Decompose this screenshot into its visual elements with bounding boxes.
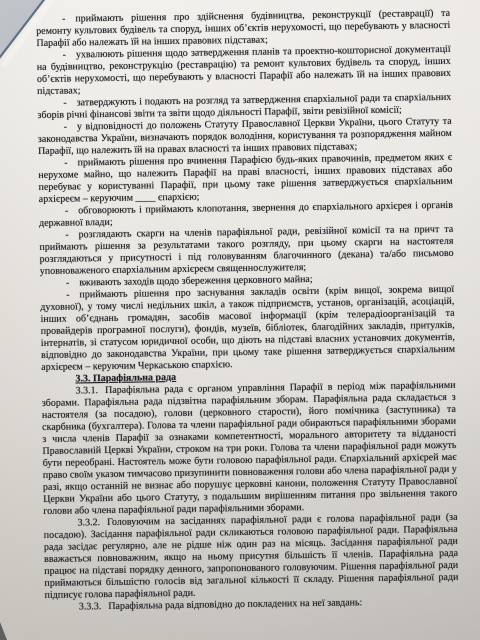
clause-text: Парафіяльна рада є органом управління Па… — [42, 380, 458, 517]
clause-text: Парафіяльна рада відповідно до покладени… — [108, 597, 362, 612]
list-item: -приймають рішення про вчинення Парафією… — [38, 152, 453, 206]
list-dash: - — [63, 50, 67, 61]
list-item: -приймають рішення про заснування заклад… — [40, 284, 455, 374]
photo-corner-shadow — [0, 622, 7, 640]
clause-3-3-2: 3.3.2.Головуючим на засіданнях парафіяль… — [43, 512, 458, 602]
list-dash: - — [64, 158, 68, 169]
list-item-text: приймають рішення про заснування закладі… — [40, 284, 455, 373]
list-dash: - — [66, 278, 70, 289]
list-item-text: ухвалюють рішення щодо затвердження план… — [37, 44, 451, 97]
list-dash: - — [64, 122, 68, 133]
list-dash: - — [62, 14, 66, 25]
list-dash: - — [65, 206, 69, 217]
clause-3-3-1: 3.3.1.Парафіяльна рада є органом управлі… — [42, 380, 458, 518]
clause-number: 3.3.1. — [76, 385, 99, 396]
document-text: -приймають рішення про здійснення будівн… — [36, 8, 459, 614]
list-item-text: приймають рішення про здійснення будівни… — [36, 8, 450, 49]
section-heading-text: 3.3. Парафіяльна рада — [75, 372, 176, 384]
clause-number: 3.3.3. — [79, 601, 102, 612]
photo-background: -приймають рішення про здійснення будівн… — [0, 0, 480, 640]
list-item-text: розглядають скарги на членів парафіяльно… — [39, 224, 453, 277]
clause-number: 3.3.2. — [77, 517, 100, 528]
list-item: -у відповідності до положень Статуту Пра… — [38, 116, 452, 158]
list-item-text: приймають рішення про вчинення Парафією … — [38, 152, 452, 205]
list-item: -розглядають скарги на членів парафіяльн… — [39, 224, 454, 278]
list-dash: - — [63, 98, 67, 109]
list-dash: - — [66, 290, 70, 301]
list-dash: - — [65, 230, 69, 241]
list-item: -приймають рішення про здійснення будівн… — [36, 8, 450, 50]
clause-text: Головуючим на засіданнях парафіяльної ра… — [44, 512, 459, 601]
list-item: -ухвалюють рішення щодо затвердження пла… — [37, 44, 452, 98]
list-item-text: у відповідності до положень Статуту Прав… — [38, 116, 452, 157]
